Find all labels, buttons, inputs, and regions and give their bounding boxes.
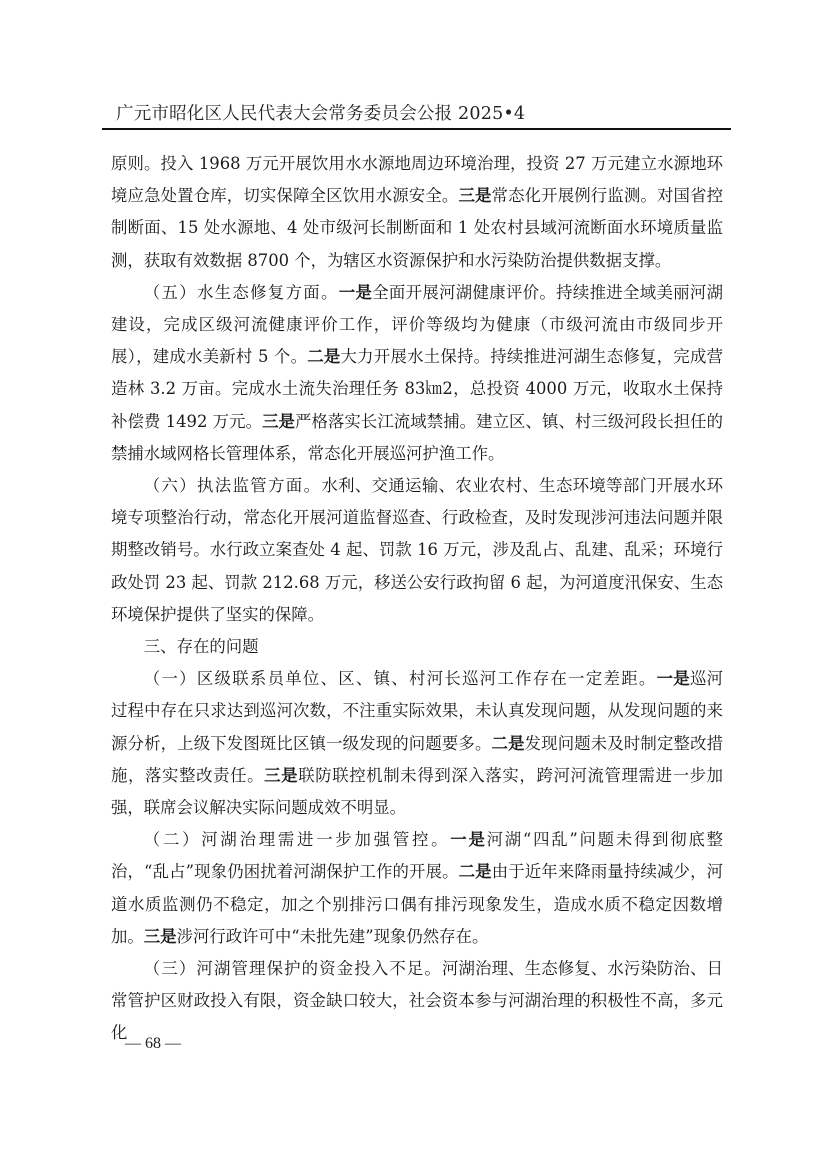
paragraph-problem-2: （二）河湖治理需进一步加强管控。一是河湖“四乱”问题未得到彻底整治，“乱占”现象… — [111, 824, 723, 953]
emphasis-label: 二是 — [492, 734, 525, 753]
emphasis-label: 一是 — [450, 830, 486, 849]
running-header: 广元市昭化区人民代表大会常务委员会公报 2025•4 — [102, 104, 731, 130]
subsection-heading: （六）执法监管方面。 — [144, 476, 322, 495]
emphasis-label: 二是 — [459, 862, 492, 881]
paragraph-law-enforcement: （六）执法监管方面。水利、交通运输、农业农村、生态环境等部门开展水环境专项整治行… — [111, 470, 723, 631]
emphasis-label: 三是 — [144, 927, 177, 946]
emphasis-label: 一是 — [339, 283, 372, 302]
emphasis-label: 二是 — [307, 347, 340, 366]
paragraph-problem-1: （一）区级联系员单位、区、镇、村河长巡河工作存在一定差距。一是巡河过程中存在只求… — [111, 663, 723, 824]
text-segment: 水利、交通运输、农业农村、生态环境等部门开展水环境专项整治行动，常态化开展河道监… — [111, 476, 723, 624]
subsection-heading: （三）河湖管理保护的资金投入不足。 — [144, 959, 442, 978]
paragraph-water-ecology: （五）水生态修复方面。一是全面开展河湖健康评价。持续推进全域美丽河湖建设，完成区… — [111, 277, 723, 470]
subsection-heading: （五）水生态修复方面。 — [144, 283, 339, 302]
emphasis-label: 三是 — [262, 412, 295, 431]
emphasis-label: 三是 — [458, 186, 491, 205]
bulletin-title: 广元市昭化区人民代表大会常务委员会公报 2025•4 — [102, 104, 731, 124]
text-segment: 涉河行政许可中“未批先建”现象仍然存在。 — [177, 927, 489, 946]
subsection-heading: （一）区级联系员单位、区、镇、村河长巡河工作存在一定差距。 — [144, 669, 657, 688]
paragraph-problem-3: （三）河湖管理保护的资金投入不足。河湖治理、生态修复、水污染防治、日常管护区财政… — [111, 953, 723, 1050]
emphasis-label: 三是 — [264, 766, 298, 785]
subsection-heading: （二）河湖治理需进一步加强管控。 — [144, 830, 451, 849]
emphasis-label: 一是 — [657, 669, 690, 688]
page-number: — 68 — — [125, 1035, 181, 1053]
body-text: 原则。投入 1968 万元开展饮用水水源地周边环境治理，投资 27 万元建立水源… — [111, 148, 723, 1050]
paragraph-continuation: 原则。投入 1968 万元开展饮用水水源地周边环境治理，投资 27 万元建立水源… — [111, 148, 723, 277]
section-heading: 三、存在的问题 — [111, 631, 723, 663]
header-rule — [102, 128, 731, 130]
